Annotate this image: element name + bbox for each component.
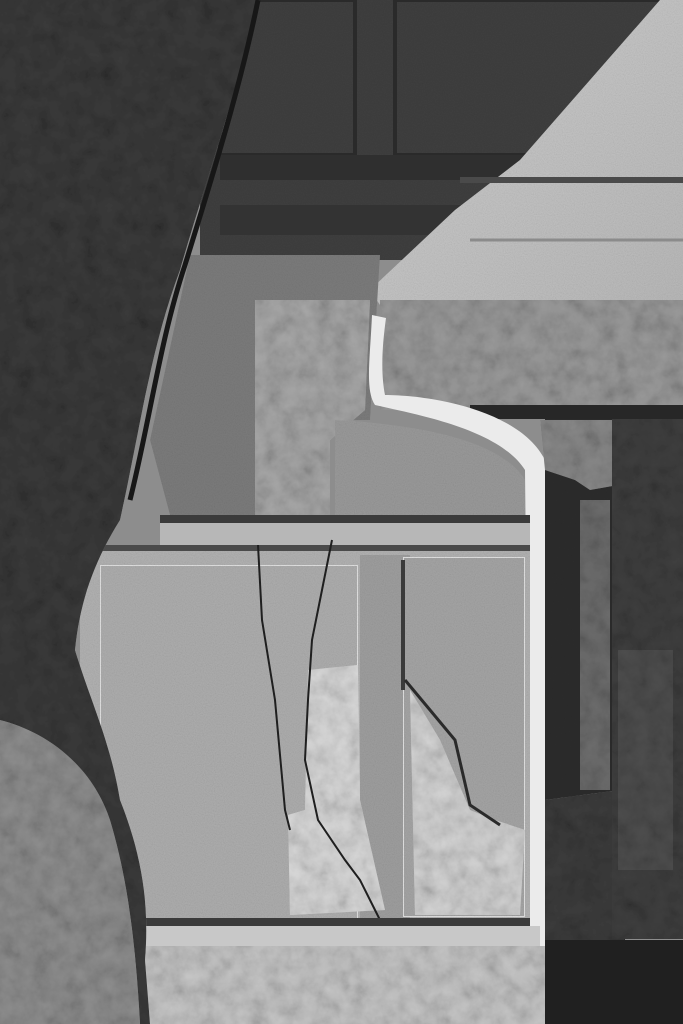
photo-scene	[0, 0, 683, 1024]
wall-photograph	[0, 0, 683, 1024]
lower-rubble-plaster	[130, 946, 545, 1024]
door-lintel	[380, 300, 683, 410]
